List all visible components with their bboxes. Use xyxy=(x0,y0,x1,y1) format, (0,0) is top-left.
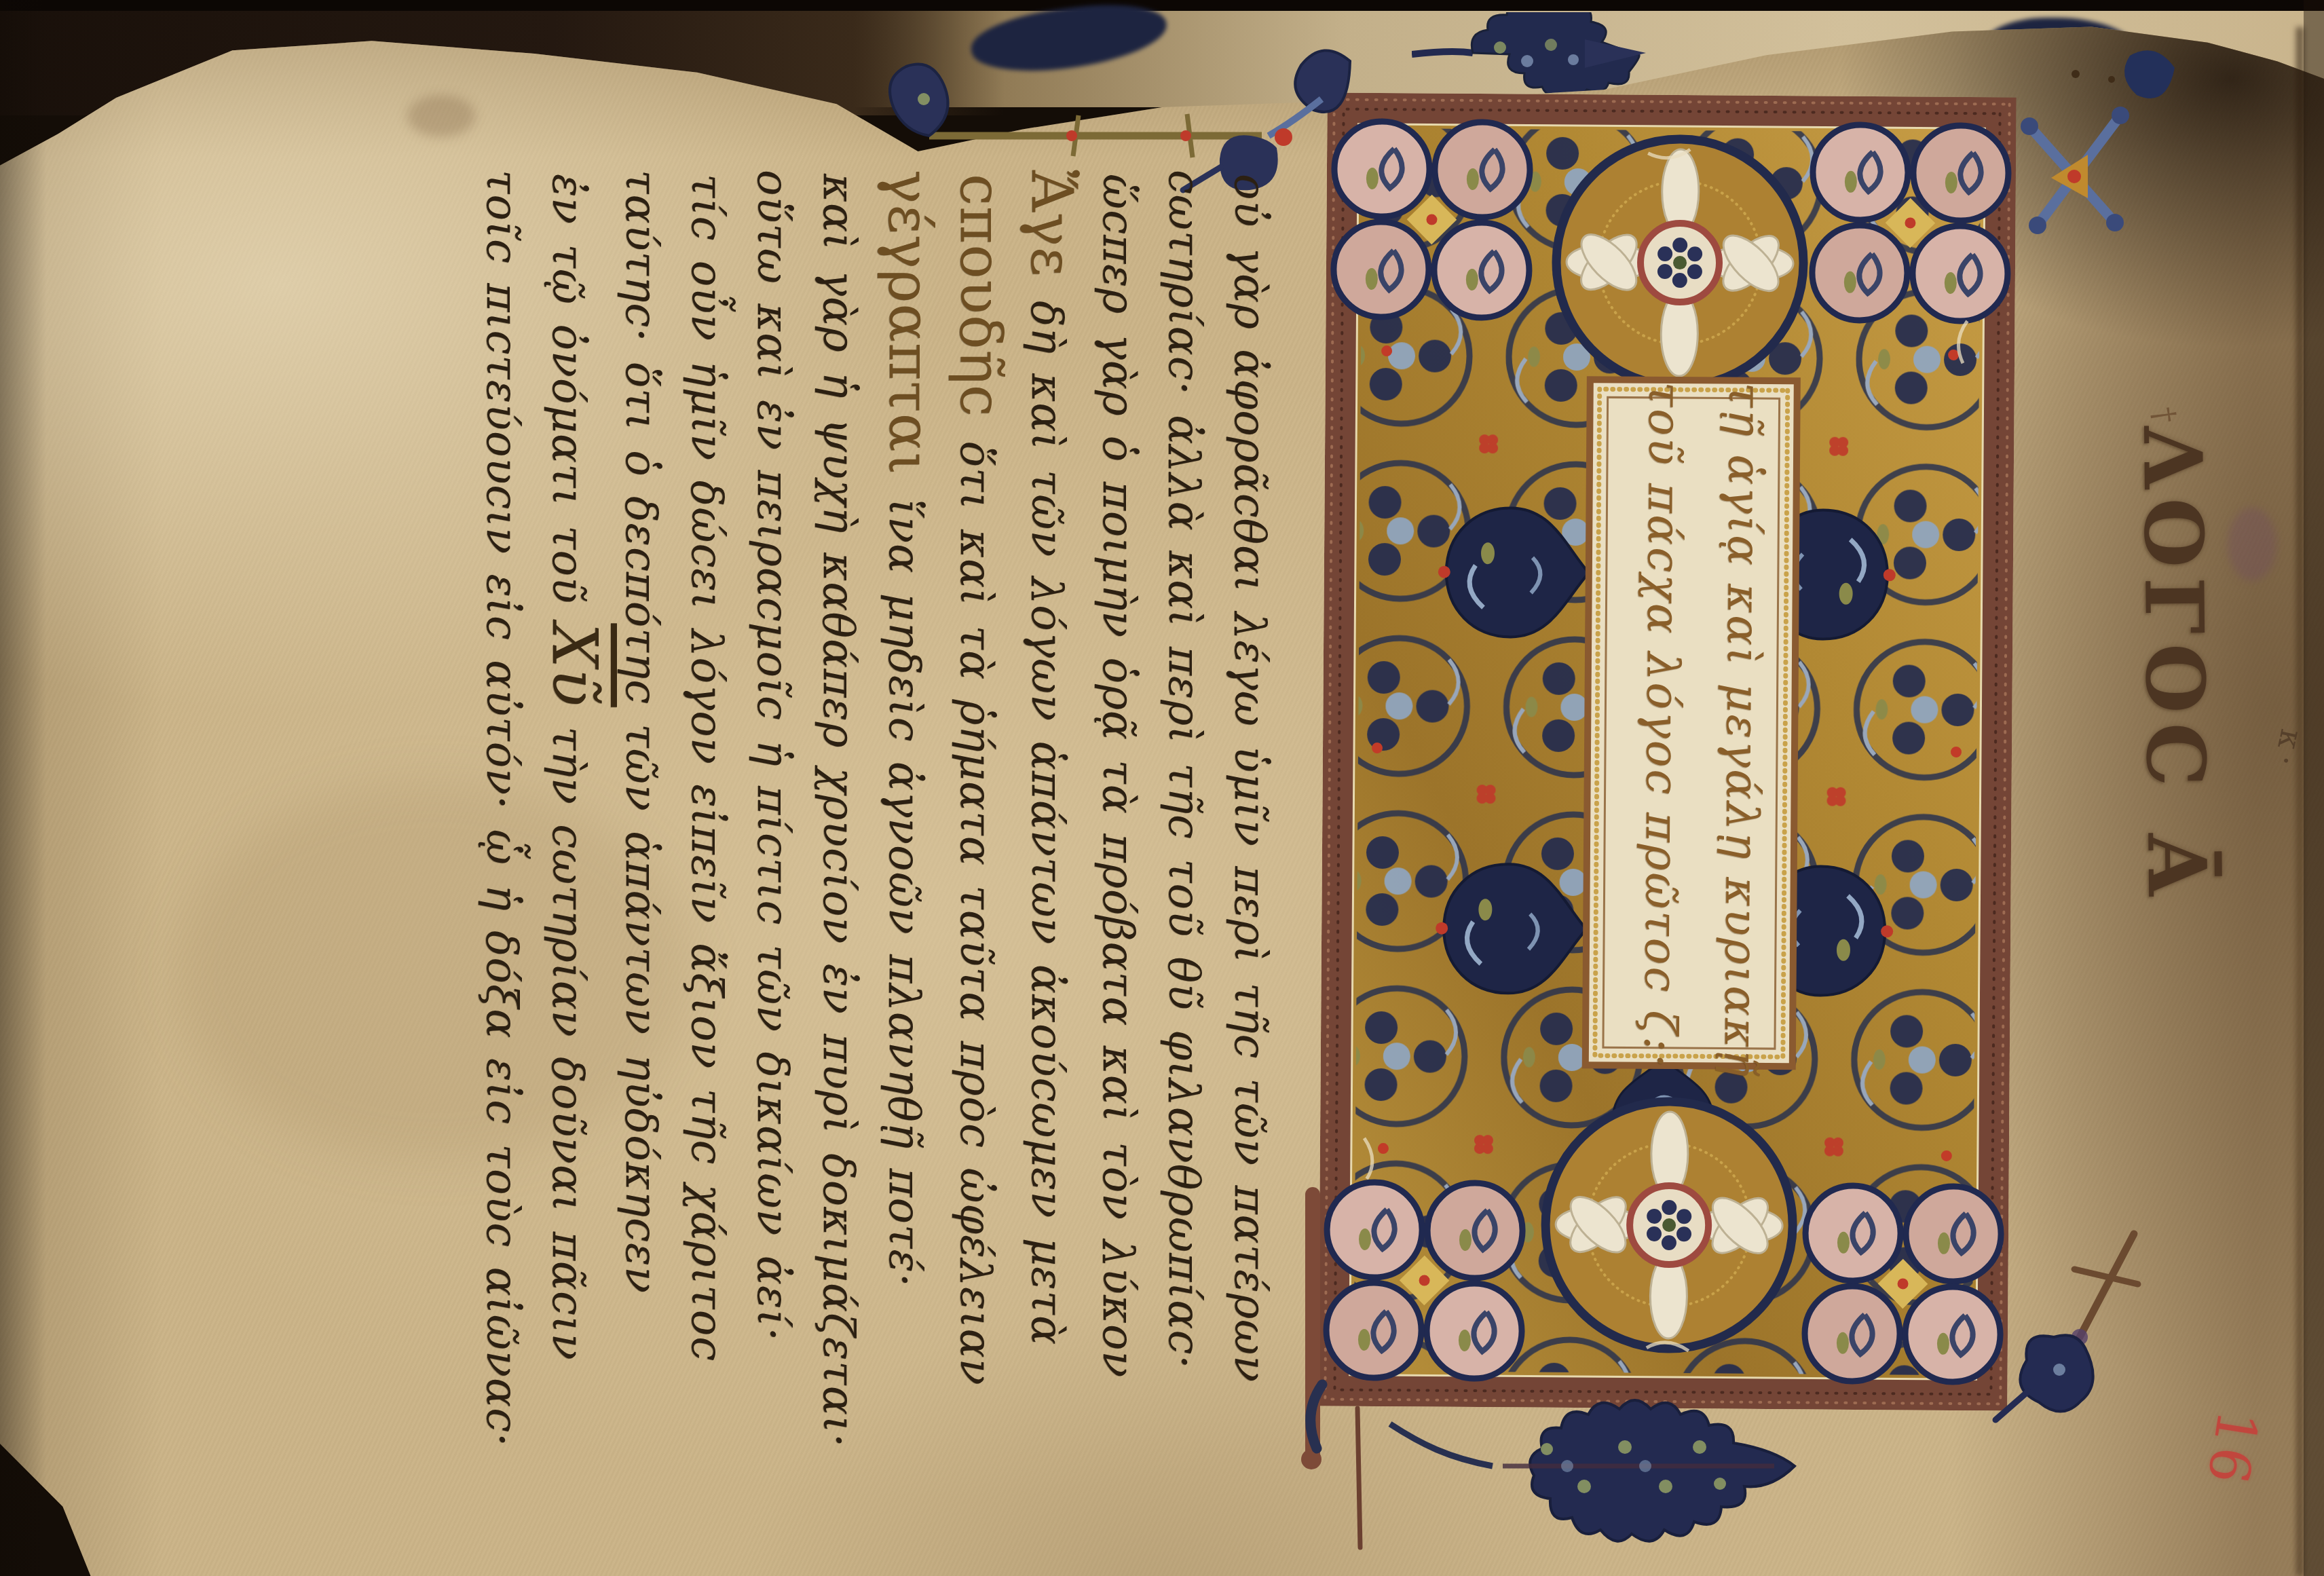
text-line: ταύτηϲ· ὅτι ὁ δεϲπότηϲ τῶν ἁπάντων ηὐδόκ… xyxy=(607,170,673,1385)
text-line: ὥϲπερ γὰρ ὁ ποιμὴν ὁρᾷ τὰ πρόβατα καὶ τὸ… xyxy=(1085,174,1150,1385)
text-line-part: ἐν τῷ ὀνόματι τοῦ xyxy=(542,174,593,623)
page-title: ΛΟΓΟϹ Ᾱ xyxy=(2125,426,2225,942)
text-line: ἐν τῷ ὀνόματι τοῦ Χῦ τὴν ϲωτηρίαν δοῦναι… xyxy=(534,174,607,1385)
text-line-part: τὴν ϲωτηρίαν δοῦναι πᾶϲιν xyxy=(542,707,593,1361)
inscription-line: τοῦ πάϲχα λόγοϲ πρῶτοϲ ζ:· xyxy=(1619,381,1704,1064)
text-line: γέγραπται ἵνα μηδεὶϲ ἀγνοῶν πλανηθῇ ποτέ… xyxy=(871,170,942,1385)
text-line: τοῖϲ πιϲτεύουϲιν εἰϲ αὐτόν· ᾧ ἡ δόξα εἰϲ… xyxy=(468,170,534,1385)
scalloped-leaf-pendant-icon xyxy=(1299,1385,1801,1575)
headpiece-inscription: τῇ ἁγίᾳ καὶ μεγάλῃ κυριακῇ τοῦ πάϲχα λόγ… xyxy=(1590,381,1784,1065)
cross-ivy-finial-icon xyxy=(1985,1222,2161,1446)
rotated-page-content: † ΛΟΓΟϹ Ᾱ κ· 16 xyxy=(0,0,2324,1576)
nomen-sacrum: Χῦ xyxy=(538,623,611,707)
text-line: τίϲ οὖν ἡμῖν δώϲει λόγον εἰπεῖν ἄξιον τῆ… xyxy=(673,174,739,1385)
text-line: καὶ γὰρ ἡ ψυχὴ καθάπερ χρυϲίον ἐν πυρὶ δ… xyxy=(805,174,871,1385)
text-line-rest: ἵνα μηδεὶϲ ἀγνοῶν πλανηθῇ ποτέ· xyxy=(879,499,929,1288)
folio-number: 16 xyxy=(2194,1406,2270,1490)
text-line: οὐ γὰρ ἀφορᾶϲθαι λέγω ὑμῖν περὶ τῆϲ τῶν … xyxy=(1216,174,1282,1385)
text-line: ϲωτηρίαϲ· ἀλλὰ καὶ περὶ τῆϲ τοῦ θῦ φιλαν… xyxy=(1150,170,1216,1385)
text-line-rest: ὅτι καὶ τὰ ῥήματα ταῦτα πρὸϲ ὠφέλειαν xyxy=(950,441,1000,1386)
cross-finial-icon xyxy=(1991,27,2195,258)
enlarged-initial: ϲπουδῆϲ xyxy=(948,174,1014,441)
inscription-line: τῇ ἁγίᾳ καὶ μεγάλῃ κυριακῇ xyxy=(1700,382,1784,1065)
margin-note: κ· xyxy=(2266,726,2310,776)
enlarged-initial: γέγραπται xyxy=(876,170,943,499)
text-line: οὕτω καὶ ἐν πειραϲμοῖϲ ἡ πίϲτιϲ τῶν δικα… xyxy=(739,170,805,1385)
text-line-rest: δὴ καὶ τῶν λόγων ἁπάντων ἀκούϲωμεν μετὰ xyxy=(1022,301,1072,1345)
manuscript-photo: † ΛΟΓΟϹ Ᾱ κ· 16 xyxy=(0,0,2324,1576)
enlarged-initial: Ἄγε xyxy=(1019,170,1085,301)
title-cross-mark-icon: † xyxy=(2145,405,2184,425)
body-text: οὐ γὰρ ἀφορᾶϲθαι λέγω ὑμῖν περὶ τῆϲ τῶν … xyxy=(468,170,1282,1385)
text-line: ϲπουδῆϲ ὅτι καὶ τὰ ῥήματα ταῦτα πρὸϲ ὠφέ… xyxy=(942,174,1013,1385)
text-line: Ἄγε δὴ καὶ τῶν λόγων ἁπάντων ἀκούϲωμεν μ… xyxy=(1013,170,1085,1385)
